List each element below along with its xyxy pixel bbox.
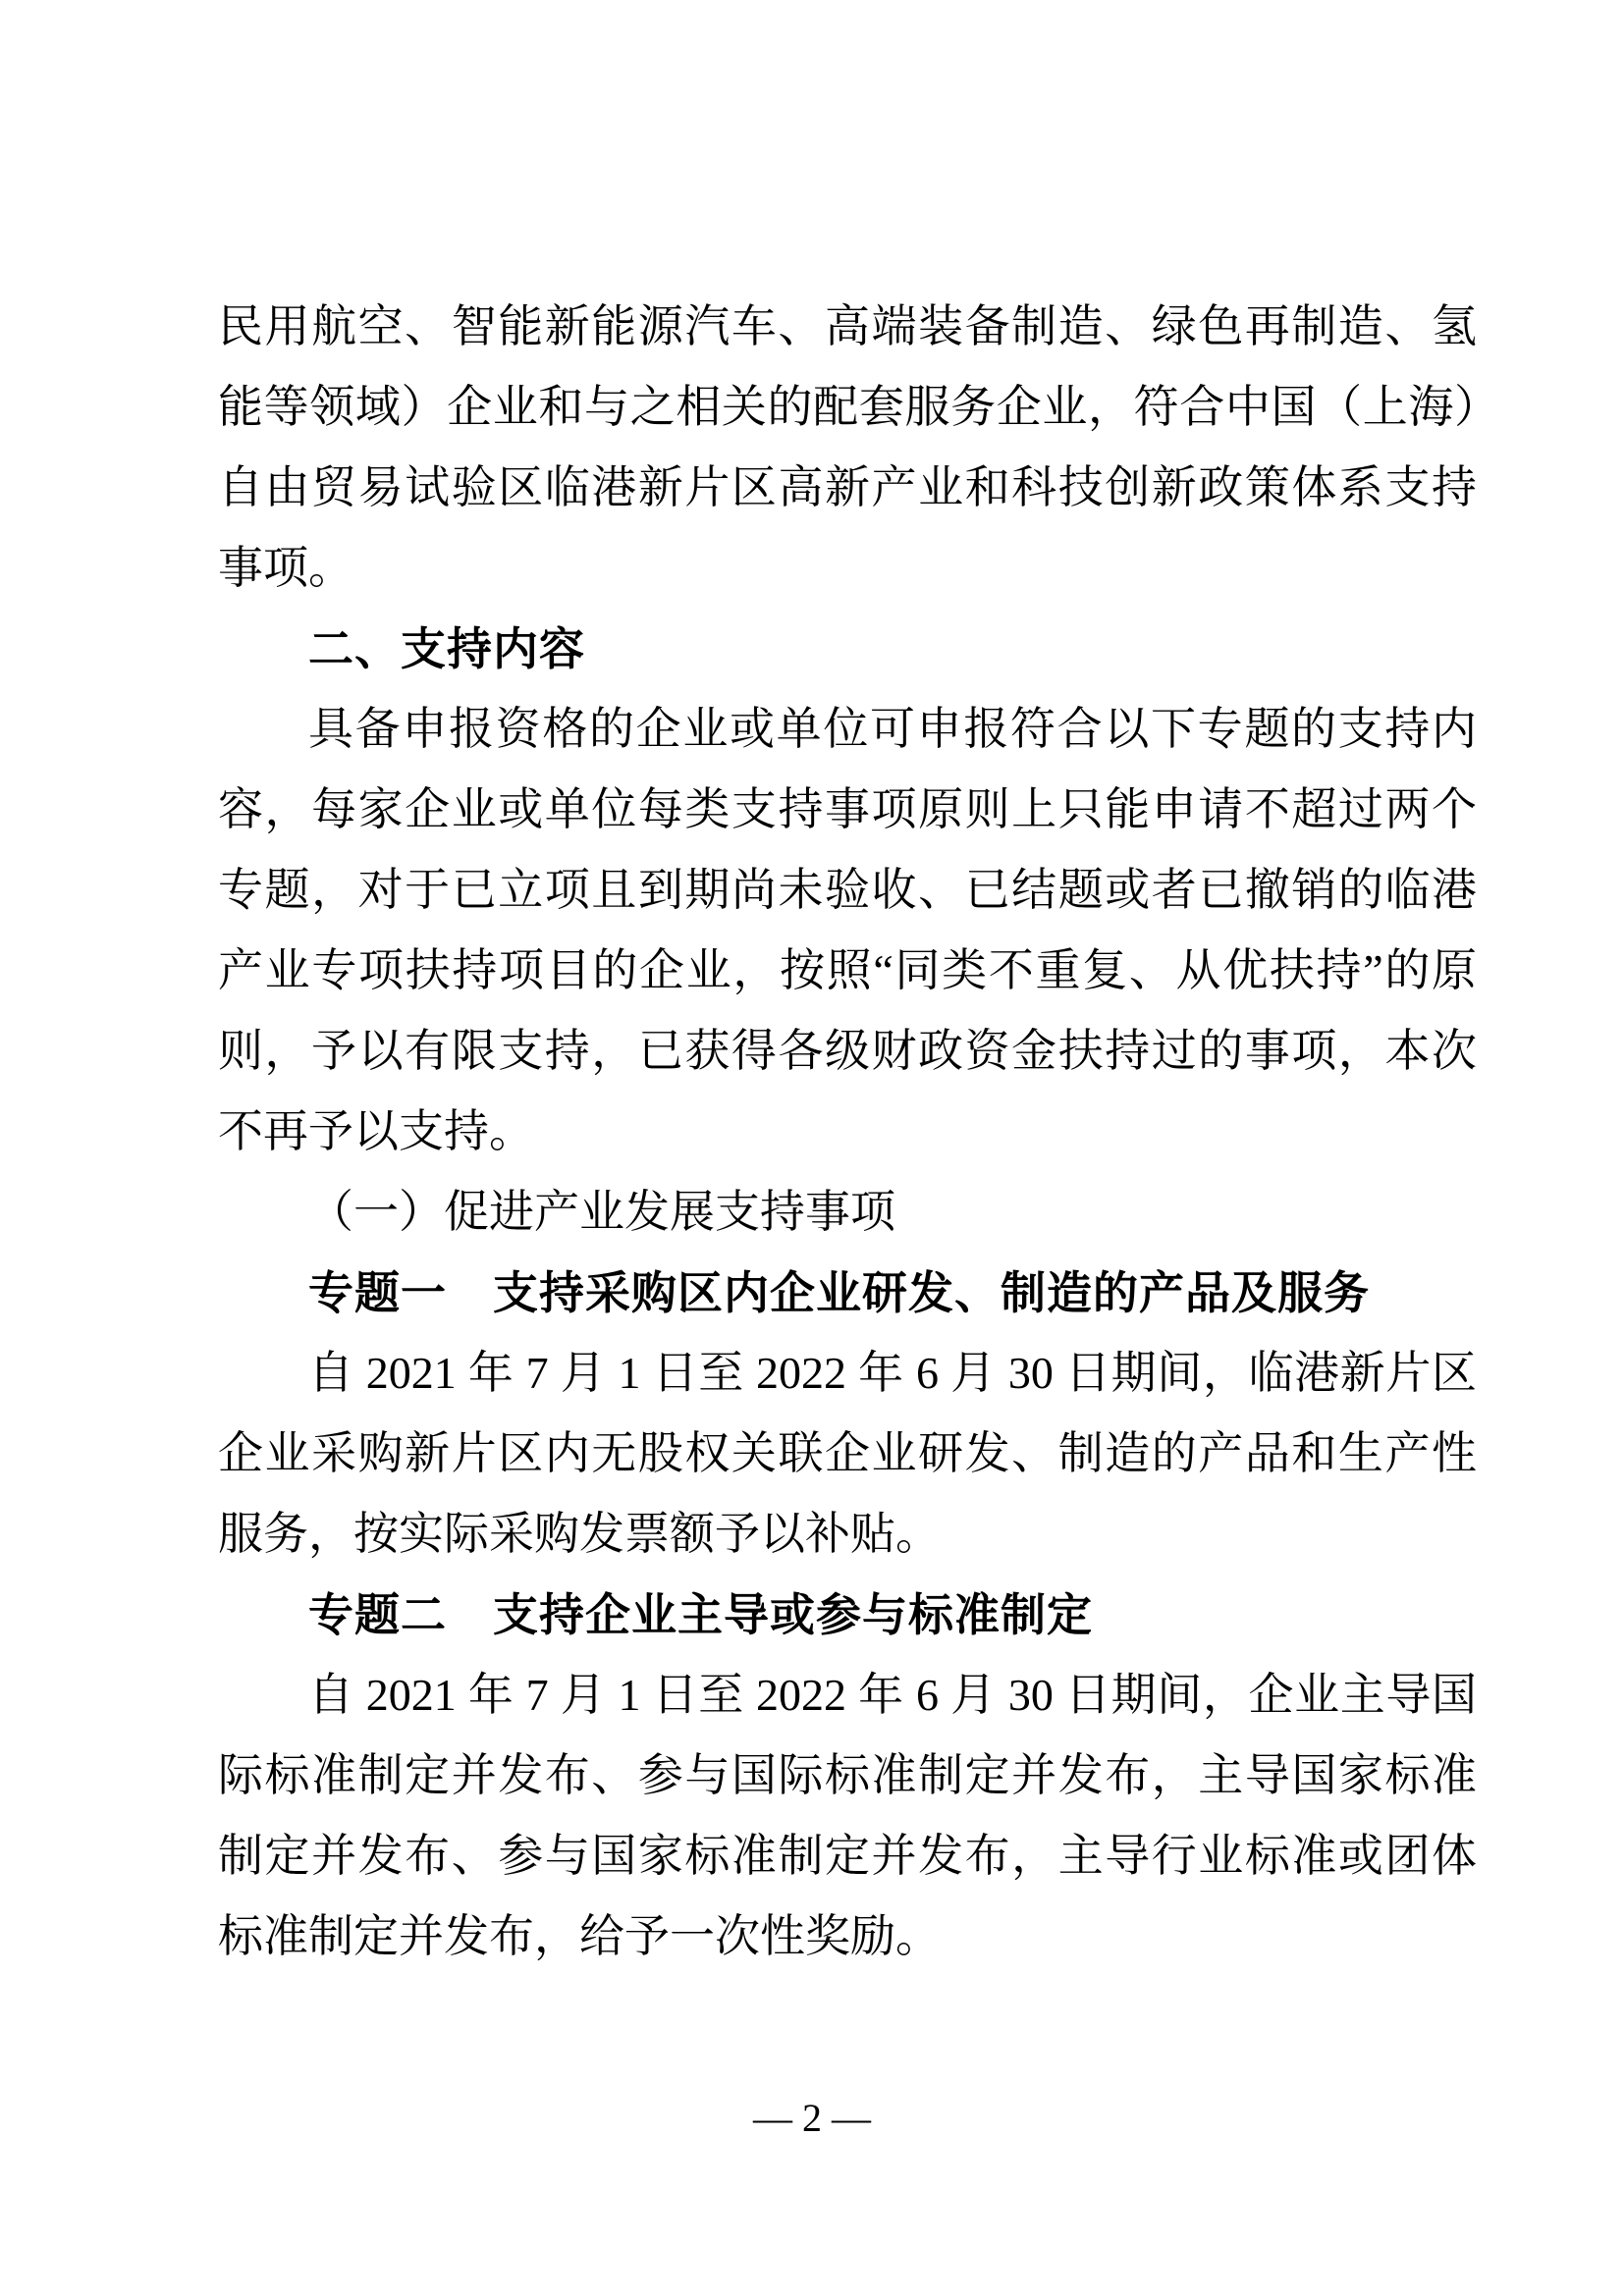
paragraph-continuation: 民用航空、智能新能源汽车、高端装备制造、绿色再制造、氢能等领域）企业和与之相关的… — [218, 287, 1477, 609]
document-page: 民用航空、智能新能源汽车、高端装备制造、绿色再制造、氢能等领域）企业和与之相关的… — [0, 0, 1624, 2296]
topic-2-heading: 专题二 支持企业主导或参与标准制定 — [218, 1575, 1477, 1655]
document-body: 民用航空、智能新能源汽车、高端装备制造、绿色再制造、氢能等领域）企业和与之相关的… — [218, 287, 1477, 1977]
section-intro-paragraph: 具备申报资格的企业或单位可申报符合以下专题的支持内容，每家企业或单位每类支持事项… — [218, 689, 1477, 1172]
topic-2-body: 自 2021 年 7 月 1 日至 2022 年 6 月 30 日期间，企业主导… — [218, 1655, 1477, 1977]
subsection-heading: （一）促进产业发展支持事项 — [218, 1172, 1477, 1253]
topic-1-body: 自 2021 年 7 月 1 日至 2022 年 6 月 30 日期间，临港新片… — [218, 1333, 1477, 1575]
page-number: — 2 — — [0, 2089, 1624, 2148]
topic-1-heading: 专题一 支持采购区内企业研发、制造的产品及服务 — [218, 1253, 1477, 1333]
section-heading: 二、支持内容 — [218, 609, 1477, 689]
